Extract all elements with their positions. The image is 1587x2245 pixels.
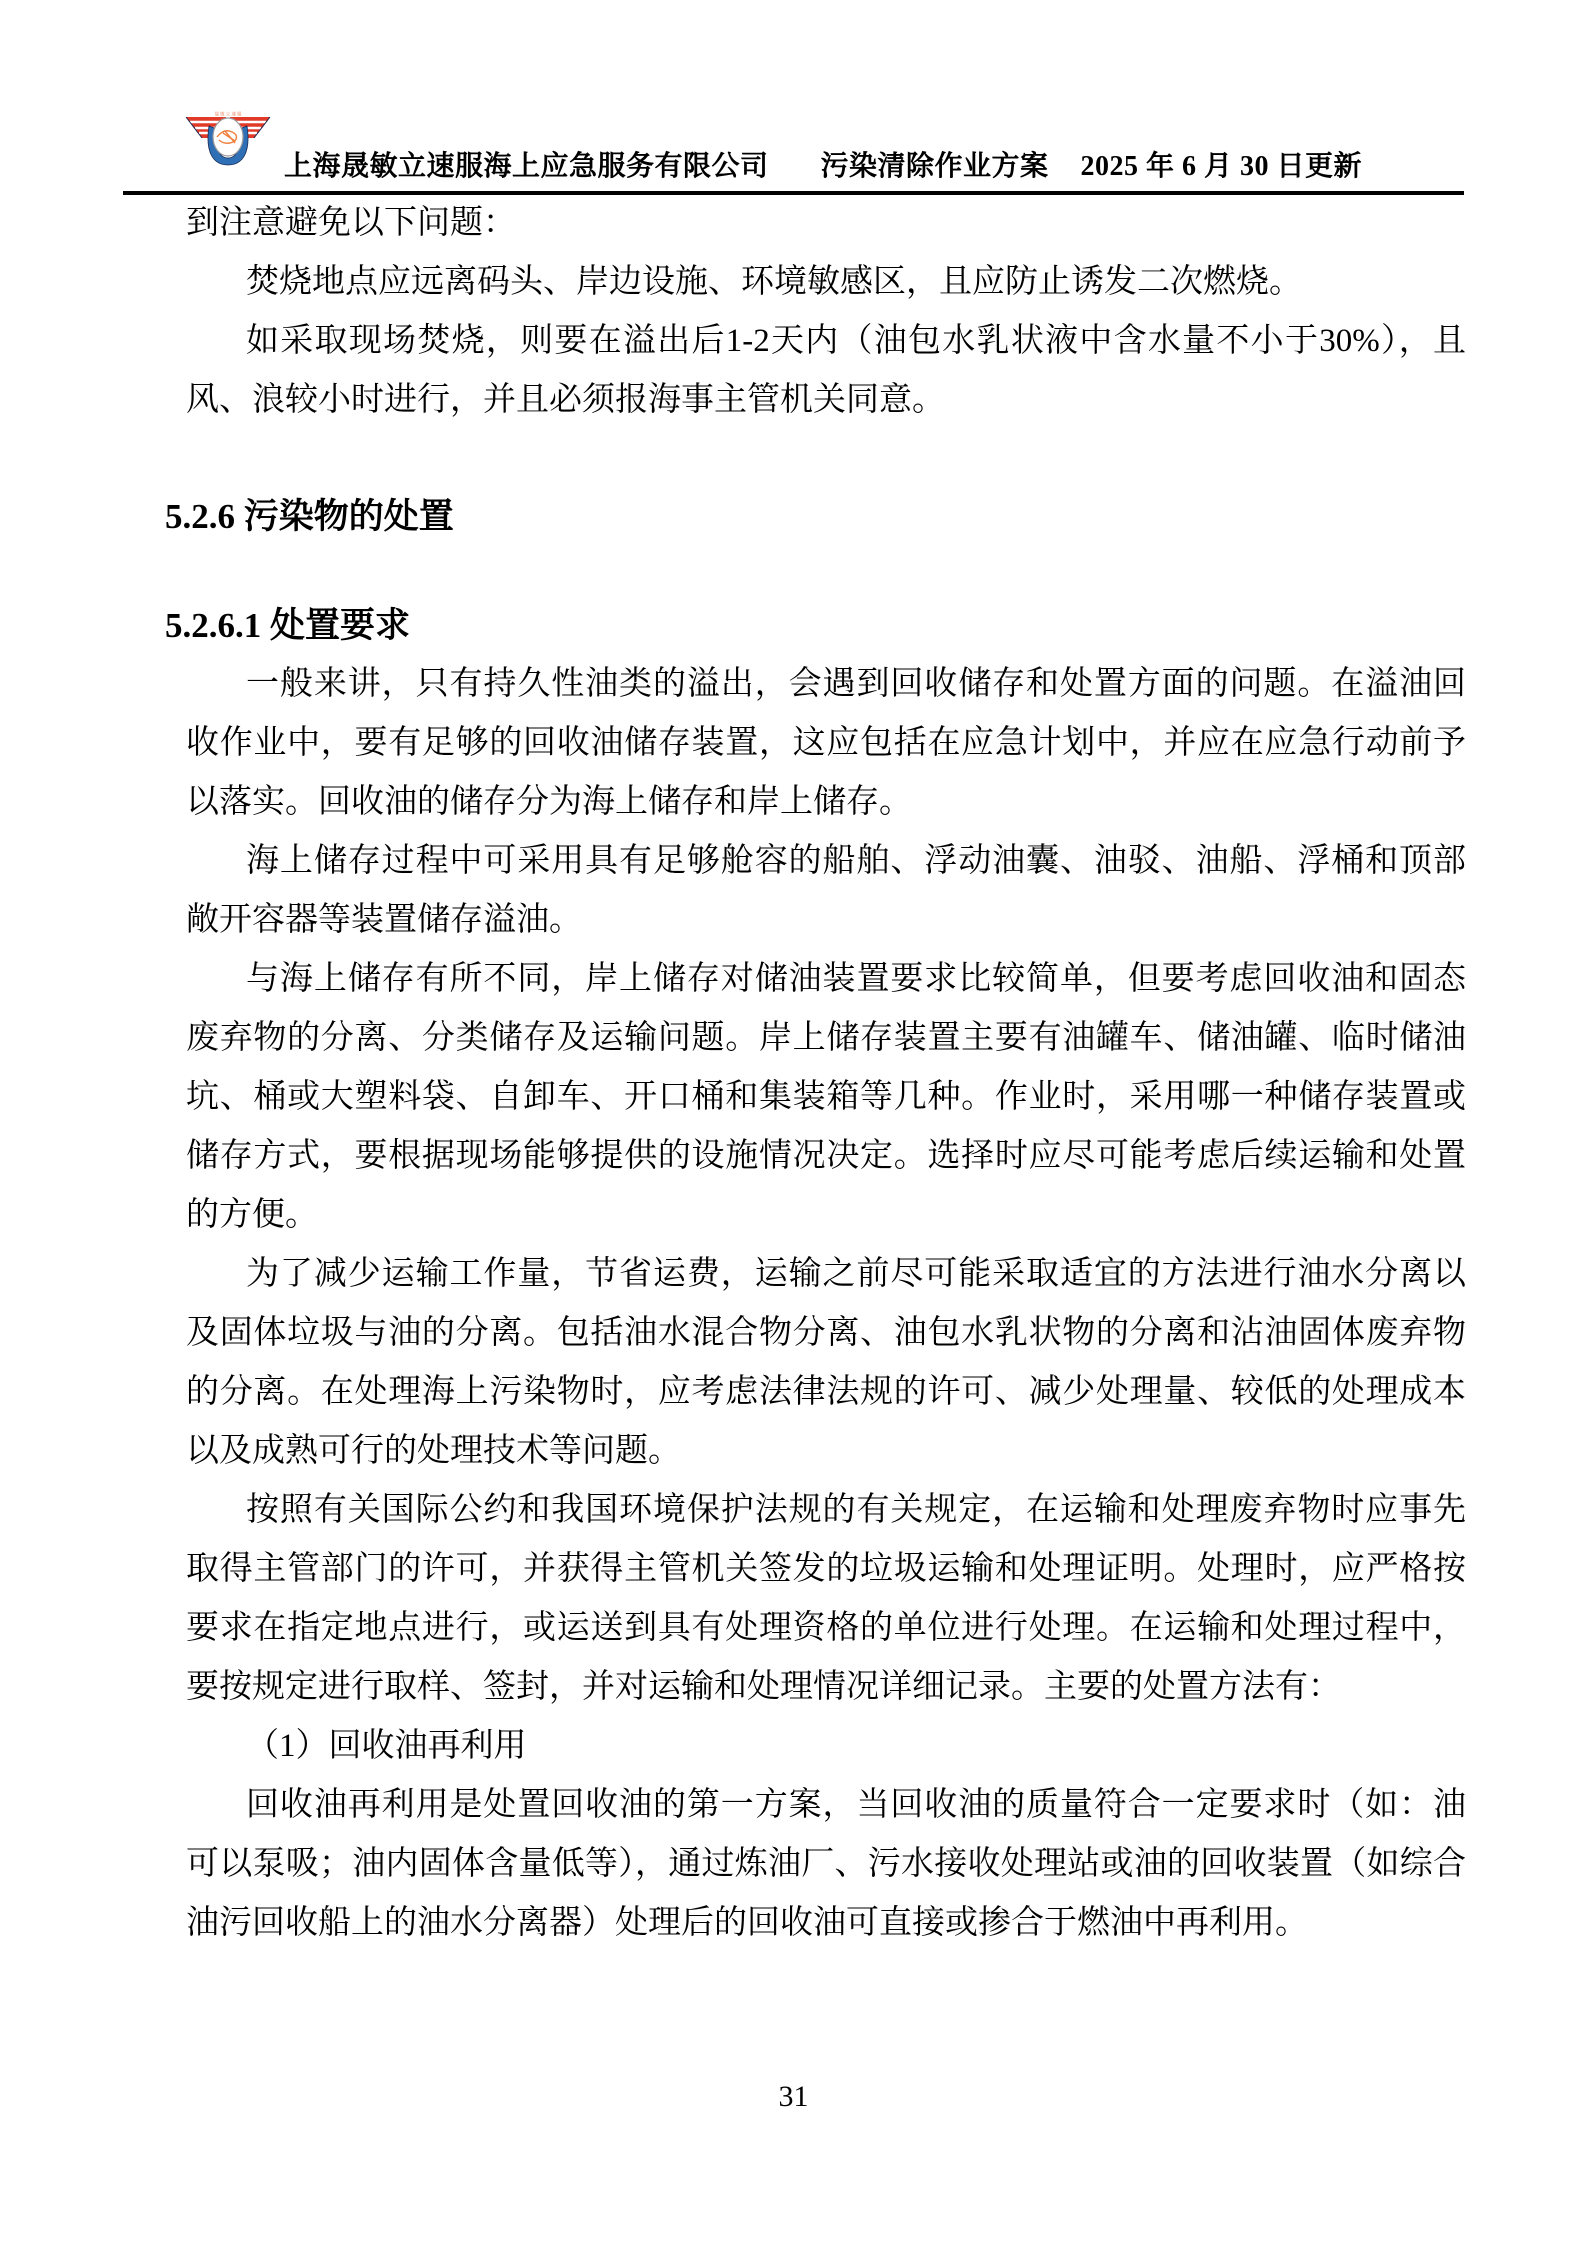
update-date: 2025 年 6 月 30 日更新: [1081, 151, 1363, 182]
paragraph: 按照有关国际公约和我国环境保护法规的有关规定，在运输和处理废弃物时应事先取得主管…: [186, 1481, 1466, 1717]
document-page: 晟 敏 立 速 服 上海晟敏立速服海上应急服务有限公司污染清除作业方案2025 …: [0, 0, 1587, 2245]
doc-title: 污染清除作业方案: [821, 151, 1049, 182]
paragraph: 一般来讲，只有持久性油类的溢出，会遇到回收储存和处置方面的问题。在溢油回收作业中…: [186, 655, 1466, 832]
page-number: 31: [779, 2080, 809, 2113]
paragraph: 如采取现场焚烧，则要在溢出后1-2天内（油包水乳状液中含水量不小于30%），且风…: [186, 312, 1466, 430]
company-logo-icon: 晟 敏 立 速 服: [184, 110, 272, 170]
document-body: 到注意避免以下问题：焚烧地点应远离码头、岸边设施、环境敏感区，且应防止诱发二次燃…: [186, 194, 1466, 1953]
section-heading: 5.2.6.1 处置要求: [165, 605, 1466, 647]
paragraph: 焚烧地点应远离码头、岸边设施、环境敏感区，且应防止诱发二次燃烧。: [186, 253, 1466, 312]
paragraph: （1）回收油再利用: [186, 1717, 1466, 1776]
paragraph: 到注意避免以下问题：: [186, 194, 1466, 253]
paragraph: 为了减少运输工作量，节省运费，运输之前尽可能采取适宜的方法进行油水分离以及固体垃…: [186, 1245, 1466, 1481]
page-footer: 31: [0, 2080, 1587, 2114]
paragraph: 海上储存过程中可采用具有足够舱容的船舶、浮动油囊、油驳、油船、浮桶和顶部敞开容器…: [186, 832, 1466, 950]
header-text: 上海晟敏立速服海上应急服务有限公司污染清除作业方案2025 年 6 月 30 日…: [284, 144, 1362, 184]
logo-top-text: 晟 敏 立 速 服: [215, 111, 242, 118]
company-name: 上海晟敏立速服海上应急服务有限公司: [284, 151, 769, 182]
paragraph: 与海上储存有所不同，岸上储存对储油装置要求比较简单，但要考虑回收油和固态废弃物的…: [186, 950, 1466, 1245]
section-heading: 5.2.6 污染物的处置: [165, 496, 1466, 538]
paragraph: 回收油再利用是处置回收油的第一方案，当回收油的质量符合一定要求时（如：油可以泵吸…: [186, 1776, 1466, 1953]
